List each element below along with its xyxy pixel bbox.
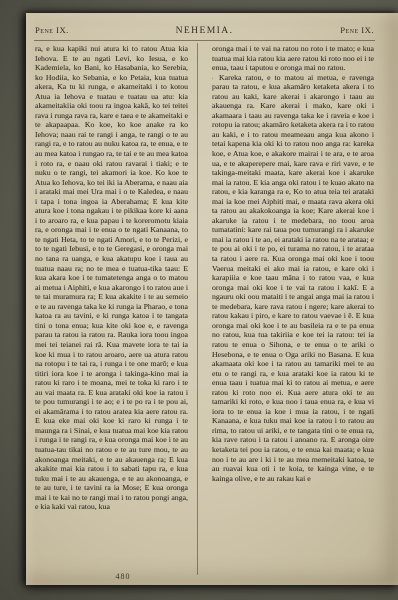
column-divider-rule	[197, 43, 198, 575]
verse-text: E te au ngati Levi, ko Iesua, e ko Kadem…	[35, 54, 188, 130]
book-page: Pene IX. NEHEMIA. Pene IX. ra, e kua kap…	[26, 13, 398, 585]
text-column-left: ra, e kua kapiki nui atura ki to ratou A…	[35, 44, 188, 578]
verse-paragraph: oronga mai i te vai na ratou no roto i t…	[212, 44, 374, 73]
text-column-right: oronga mai i te vai na ratou no roto i t…	[212, 44, 374, 578]
verse-paragraph: ra, e kua kapiki nui atura ki to ratou A…	[35, 44, 188, 512]
running-head-left: Pene IX.	[35, 25, 69, 35]
verse-paragraph: 16Kareka ratou, e to matou ai metua, e r…	[212, 73, 374, 484]
page-number: 480	[88, 572, 158, 581]
verse-text: oronga mai i te vai na ratou no roto i t…	[212, 44, 374, 72]
running-head-right: Pene IX.	[340, 25, 374, 35]
running-head: Pene IX. NEHEMIA. Pene IX.	[35, 25, 374, 36]
verse-text: E kua kite atura koe i tona ngakau i te …	[35, 197, 188, 273]
book-scan-photo: { "header": { "left_folio": "Pene IX.", …	[0, 0, 398, 600]
book-title: NEHEMIA.	[176, 25, 234, 36]
header-rule	[34, 40, 375, 41]
verse-text: E kua eke mai oki koe ki raro ki runga i…	[35, 416, 188, 463]
verse-text: Kare akerai i mako, kare oki i akamaara …	[212, 101, 374, 186]
